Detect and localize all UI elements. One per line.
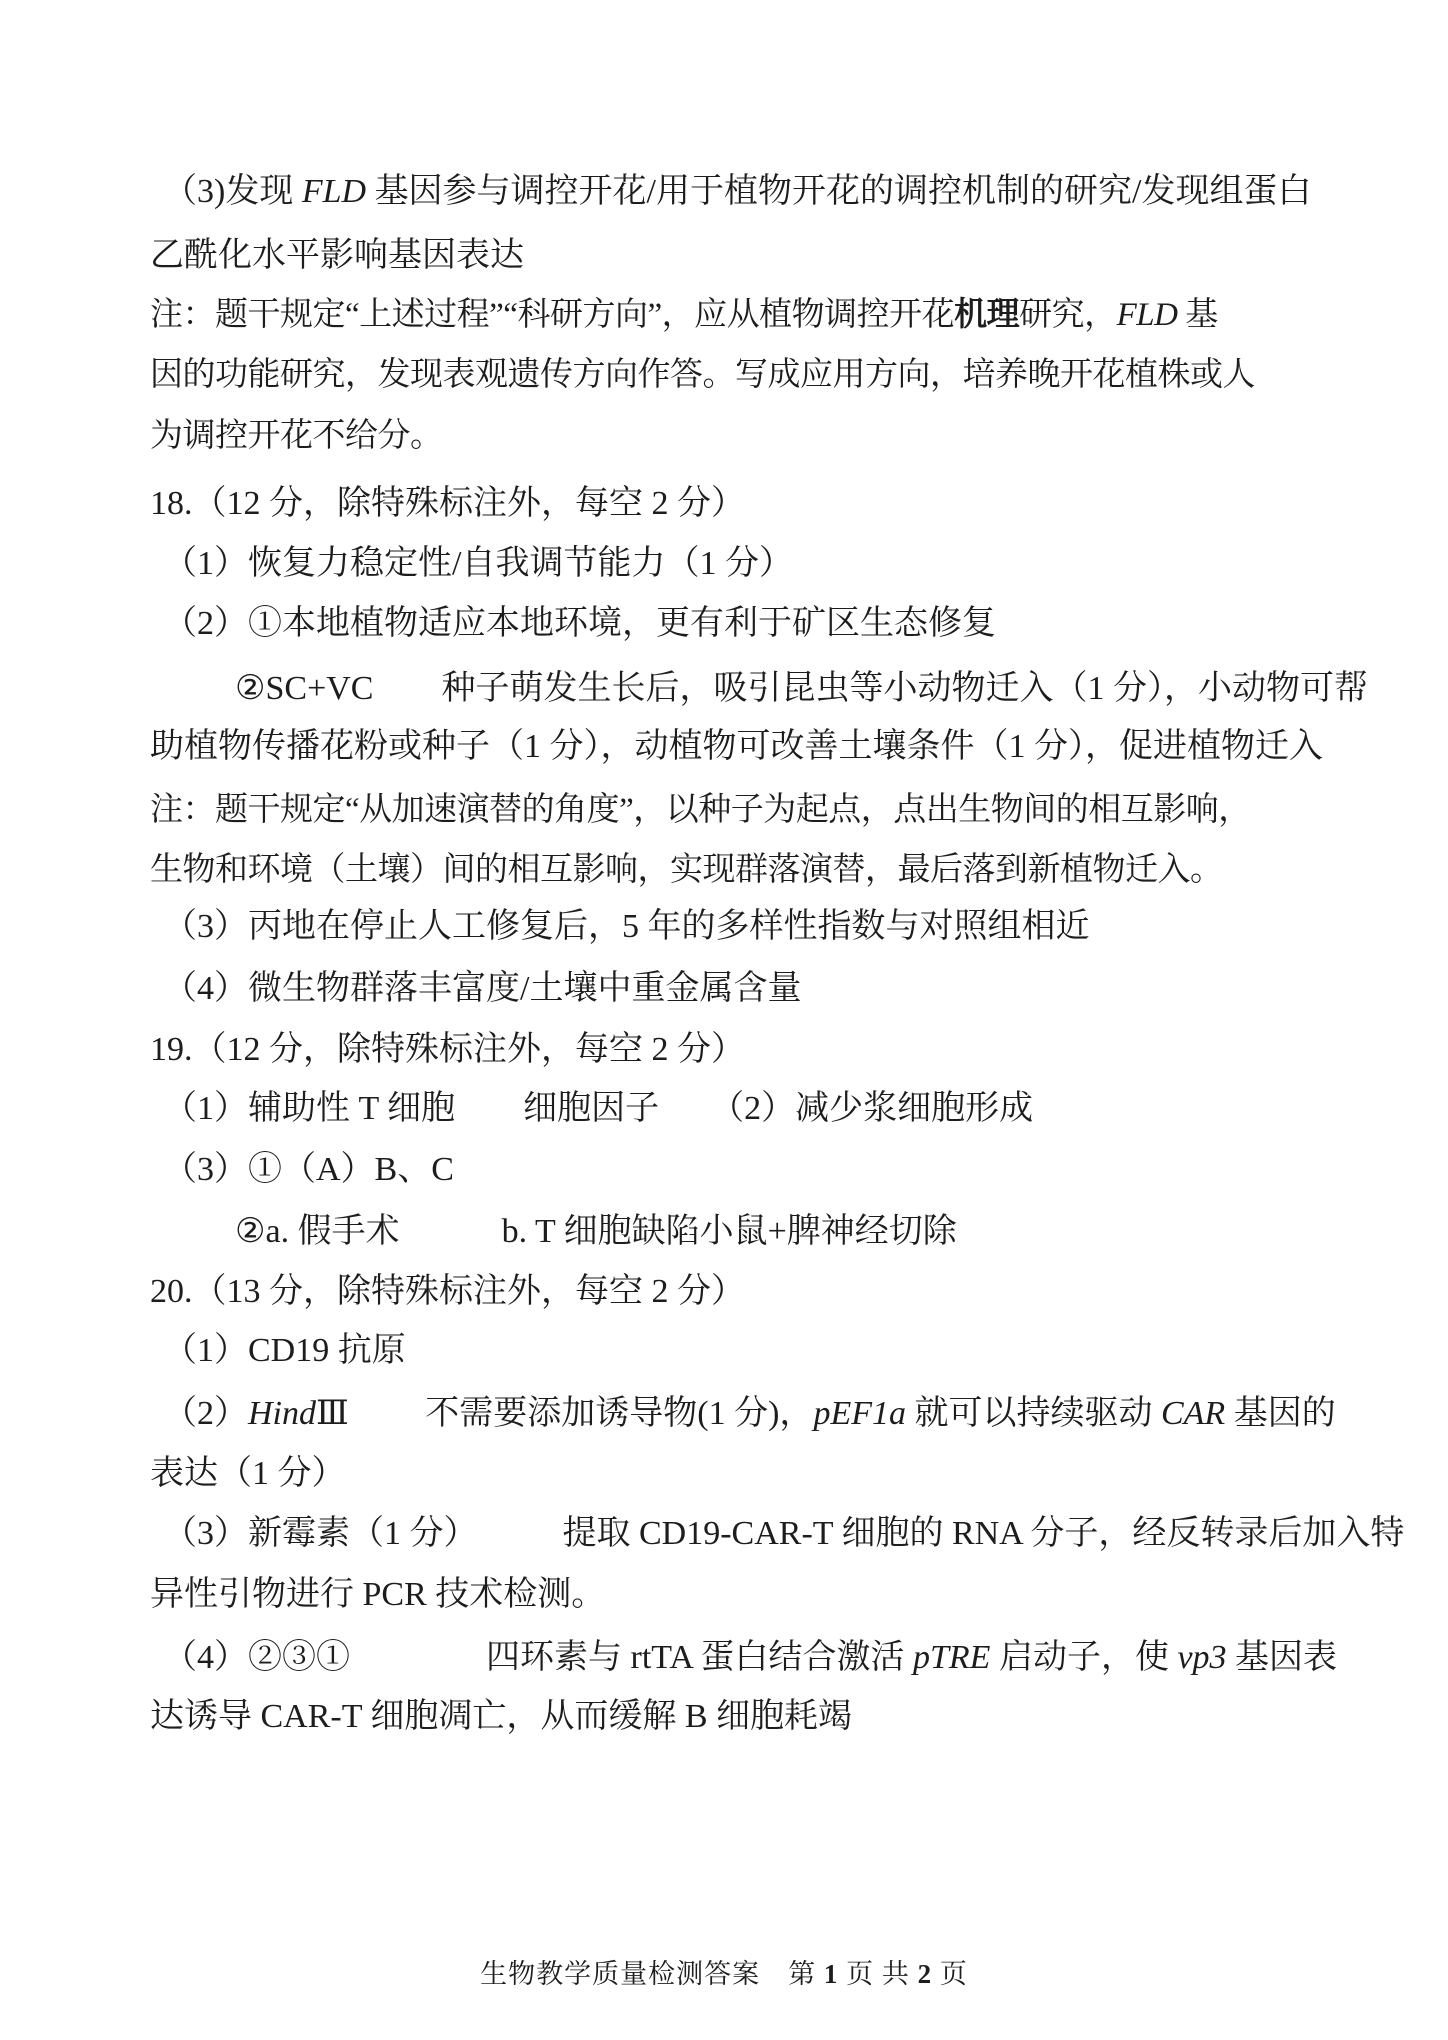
- text-run: （3）丙地在停止人工修复后，5 年的多样性指数与对照组相近: [163, 908, 1090, 945]
- text-line-9: ②SC+VC 种子萌发生长后，吸引昆虫等小动物迁入（1 分），小动物可帮: [235, 669, 1368, 708]
- text-run: 为调控开花不给分。: [150, 418, 443, 454]
- italic-text-run: FLD: [302, 173, 366, 210]
- text-run: 异性引物进行 PCR 技术检测。: [150, 1576, 605, 1613]
- bold-text-run: 1: [824, 1959, 839, 1989]
- text-run: 基因表: [1227, 1639, 1338, 1676]
- text-line-2: 乙酰化水平影响基因表达: [150, 236, 524, 275]
- text-run: Ⅲ 不需要添加诱导物(1 分)，: [316, 1395, 813, 1432]
- text-run: 19.（12 分，除特殊标注外，每空 2 分）: [150, 1031, 745, 1068]
- text-run: 达诱导 CAR-T 细胞凋亡，从而缓解 B 细胞耗竭: [150, 1698, 852, 1735]
- page-footer: 生物教学质量检测答案 第 1 页 共 2 页: [0, 1952, 1448, 1991]
- text-run: 生物和环境（土壤）间的相互影响，实现群落演替，最后落到新植物迁入。: [150, 852, 1223, 888]
- italic-text-run: pEF1a: [813, 1395, 906, 1432]
- text-run: （3）①（A）B、C: [163, 1151, 454, 1188]
- text-run: 因的功能研究，发现表观遗传方向作答。写成应用方向，培养晚开花植株或人: [150, 357, 1255, 393]
- text-run: 页 共: [838, 1959, 917, 1989]
- text-line-19: 20.（13 分，除特殊标注外，每空 2 分）: [150, 1272, 745, 1311]
- text-run: ②a. 假手术 b. T 细胞缺陷小鼠+脾神经切除: [235, 1213, 957, 1250]
- italic-text-run: Hind: [248, 1395, 316, 1432]
- text-run: 就可以持续驱动: [906, 1395, 1161, 1432]
- text-line-16: （1）辅助性 T 细胞 细胞因子 （2）减少浆细胞形成: [163, 1089, 1033, 1128]
- italic-text-run: FLD: [1117, 297, 1178, 333]
- bold-text-run: 2: [918, 1959, 933, 1989]
- text-run: 18.（12 分，除特殊标注外，每空 2 分）: [150, 485, 745, 522]
- text-line-24: 异性引物进行 PCR 技术检测。: [150, 1575, 605, 1614]
- text-run: 研究，: [1019, 297, 1117, 333]
- text-line-13: （3）丙地在停止人工修复后，5 年的多样性指数与对照组相近: [163, 907, 1090, 946]
- text-run: 注：题干规定“从加速演替的角度”，以种子为起点，点出生物间的相互影响，: [150, 792, 1251, 828]
- italic-text-run: CAR: [1161, 1395, 1225, 1432]
- text-line-15: 19.（12 分，除特殊标注外，每空 2 分）: [150, 1030, 745, 1069]
- document-page: （3)发现 FLD 基因参与调控开花/用于植物开花的调控机制的研究/发现组蛋白乙…: [0, 0, 1448, 2040]
- text-run: （1）辅助性 T 细胞 细胞因子 （2）减少浆细胞形成: [163, 1090, 1033, 1127]
- text-run: 20.（13 分，除特殊标注外，每空 2 分）: [150, 1273, 745, 1310]
- text-run: 基因的: [1225, 1395, 1336, 1432]
- text-run: 表达（1 分）: [150, 1455, 346, 1492]
- text-run: 页: [932, 1959, 968, 1989]
- text-line-5: 为调控开花不给分。: [150, 418, 443, 456]
- text-line-25: （4）②③① 四环素与 rtTA 蛋白结合激活 pTRE 启动子，使 vp3 基…: [163, 1638, 1337, 1677]
- italic-text-run: pTRE: [913, 1639, 990, 1676]
- text-line-11: 注：题干规定“从加速演替的角度”，以种子为起点，点出生物间的相互影响，: [150, 792, 1251, 830]
- text-line-1: （3)发现 FLD 基因参与调控开花/用于植物开花的调控机制的研究/发现组蛋白: [163, 172, 1311, 211]
- bold-text-run: 机理: [954, 297, 1019, 333]
- text-run: （1）恢复力稳定性/自我调节能力（1 分）: [163, 545, 793, 582]
- text-run: 启动子，使: [990, 1639, 1177, 1676]
- text-run: （4）②③① 四环素与 rtTA 蛋白结合激活: [163, 1639, 913, 1676]
- text-line-3: 注：题干规定“上述过程”“科研方向”，应从植物调控开花机理研究，FLD 基: [150, 297, 1218, 335]
- text-line-10: 助植物传播花粉或种子（1 分），动植物可改善土壤条件（1 分），促进植物迁入: [150, 727, 1323, 766]
- text-line-12: 生物和环境（土壤）间的相互影响，实现群落演替，最后落到新植物迁入。: [150, 852, 1223, 890]
- text-run: ②SC+VC 种子萌发生长后，吸引昆虫等小动物迁入（1 分），小动物可帮: [235, 670, 1368, 707]
- text-line-8: （2）①本地植物适应本地环境，更有利于矿区生态修复: [163, 604, 996, 643]
- text-run: （3)发现: [163, 173, 302, 210]
- text-line-20: （1）CD19 抗原: [163, 1331, 406, 1370]
- text-line-23: （3）新霉素（1 分） 提取 CD19-CAR-T 细胞的 RNA 分子，经反转…: [163, 1514, 1404, 1553]
- text-run: （3）新霉素（1 分） 提取 CD19-CAR-T 细胞的 RNA 分子，经反转…: [163, 1515, 1404, 1552]
- text-line-26: 达诱导 CAR-T 细胞凋亡，从而缓解 B 细胞耗竭: [150, 1697, 852, 1736]
- text-line-6: 18.（12 分，除特殊标注外，每空 2 分）: [150, 484, 745, 523]
- text-line-17: （3）①（A）B、C: [163, 1150, 454, 1189]
- text-run: 注：题干规定“上述过程”“科研方向”，应从植物调控开花: [150, 297, 954, 333]
- italic-text-run: vp3: [1177, 1639, 1226, 1676]
- text-run: （4）微生物群落丰富度/土壤中重金属含量: [163, 970, 801, 1007]
- text-run: 生物教学质量检测答案 第: [480, 1959, 824, 1989]
- text-run: 基因参与调控开花/用于植物开花的调控机制的研究/发现组蛋白: [366, 173, 1311, 210]
- text-run: 助植物传播花粉或种子（1 分），动植物可改善土壤条件（1 分），促进植物迁入: [150, 728, 1323, 765]
- text-line-22: 表达（1 分）: [150, 1454, 346, 1493]
- text-run: （2）①本地植物适应本地环境，更有利于矿区生态修复: [163, 605, 996, 642]
- text-line-14: （4）微生物群落丰富度/土壤中重金属含量: [163, 969, 801, 1008]
- text-line-18: ②a. 假手术 b. T 细胞缺陷小鼠+脾神经切除: [235, 1212, 957, 1251]
- text-run: 乙酰化水平影响基因表达: [150, 237, 524, 274]
- text-run: 基: [1177, 297, 1217, 333]
- text-run: （2）: [163, 1395, 248, 1432]
- text-line-7: （1）恢复力稳定性/自我调节能力（1 分）: [163, 544, 793, 583]
- text-line-4: 因的功能研究，发现表观遗传方向作答。写成应用方向，培养晚开花植株或人: [150, 357, 1255, 395]
- text-line-21: （2）HindⅢ 不需要添加诱导物(1 分)，pEF1a 就可以持续驱动 CAR…: [163, 1394, 1336, 1433]
- text-run: （1）CD19 抗原: [163, 1332, 406, 1369]
